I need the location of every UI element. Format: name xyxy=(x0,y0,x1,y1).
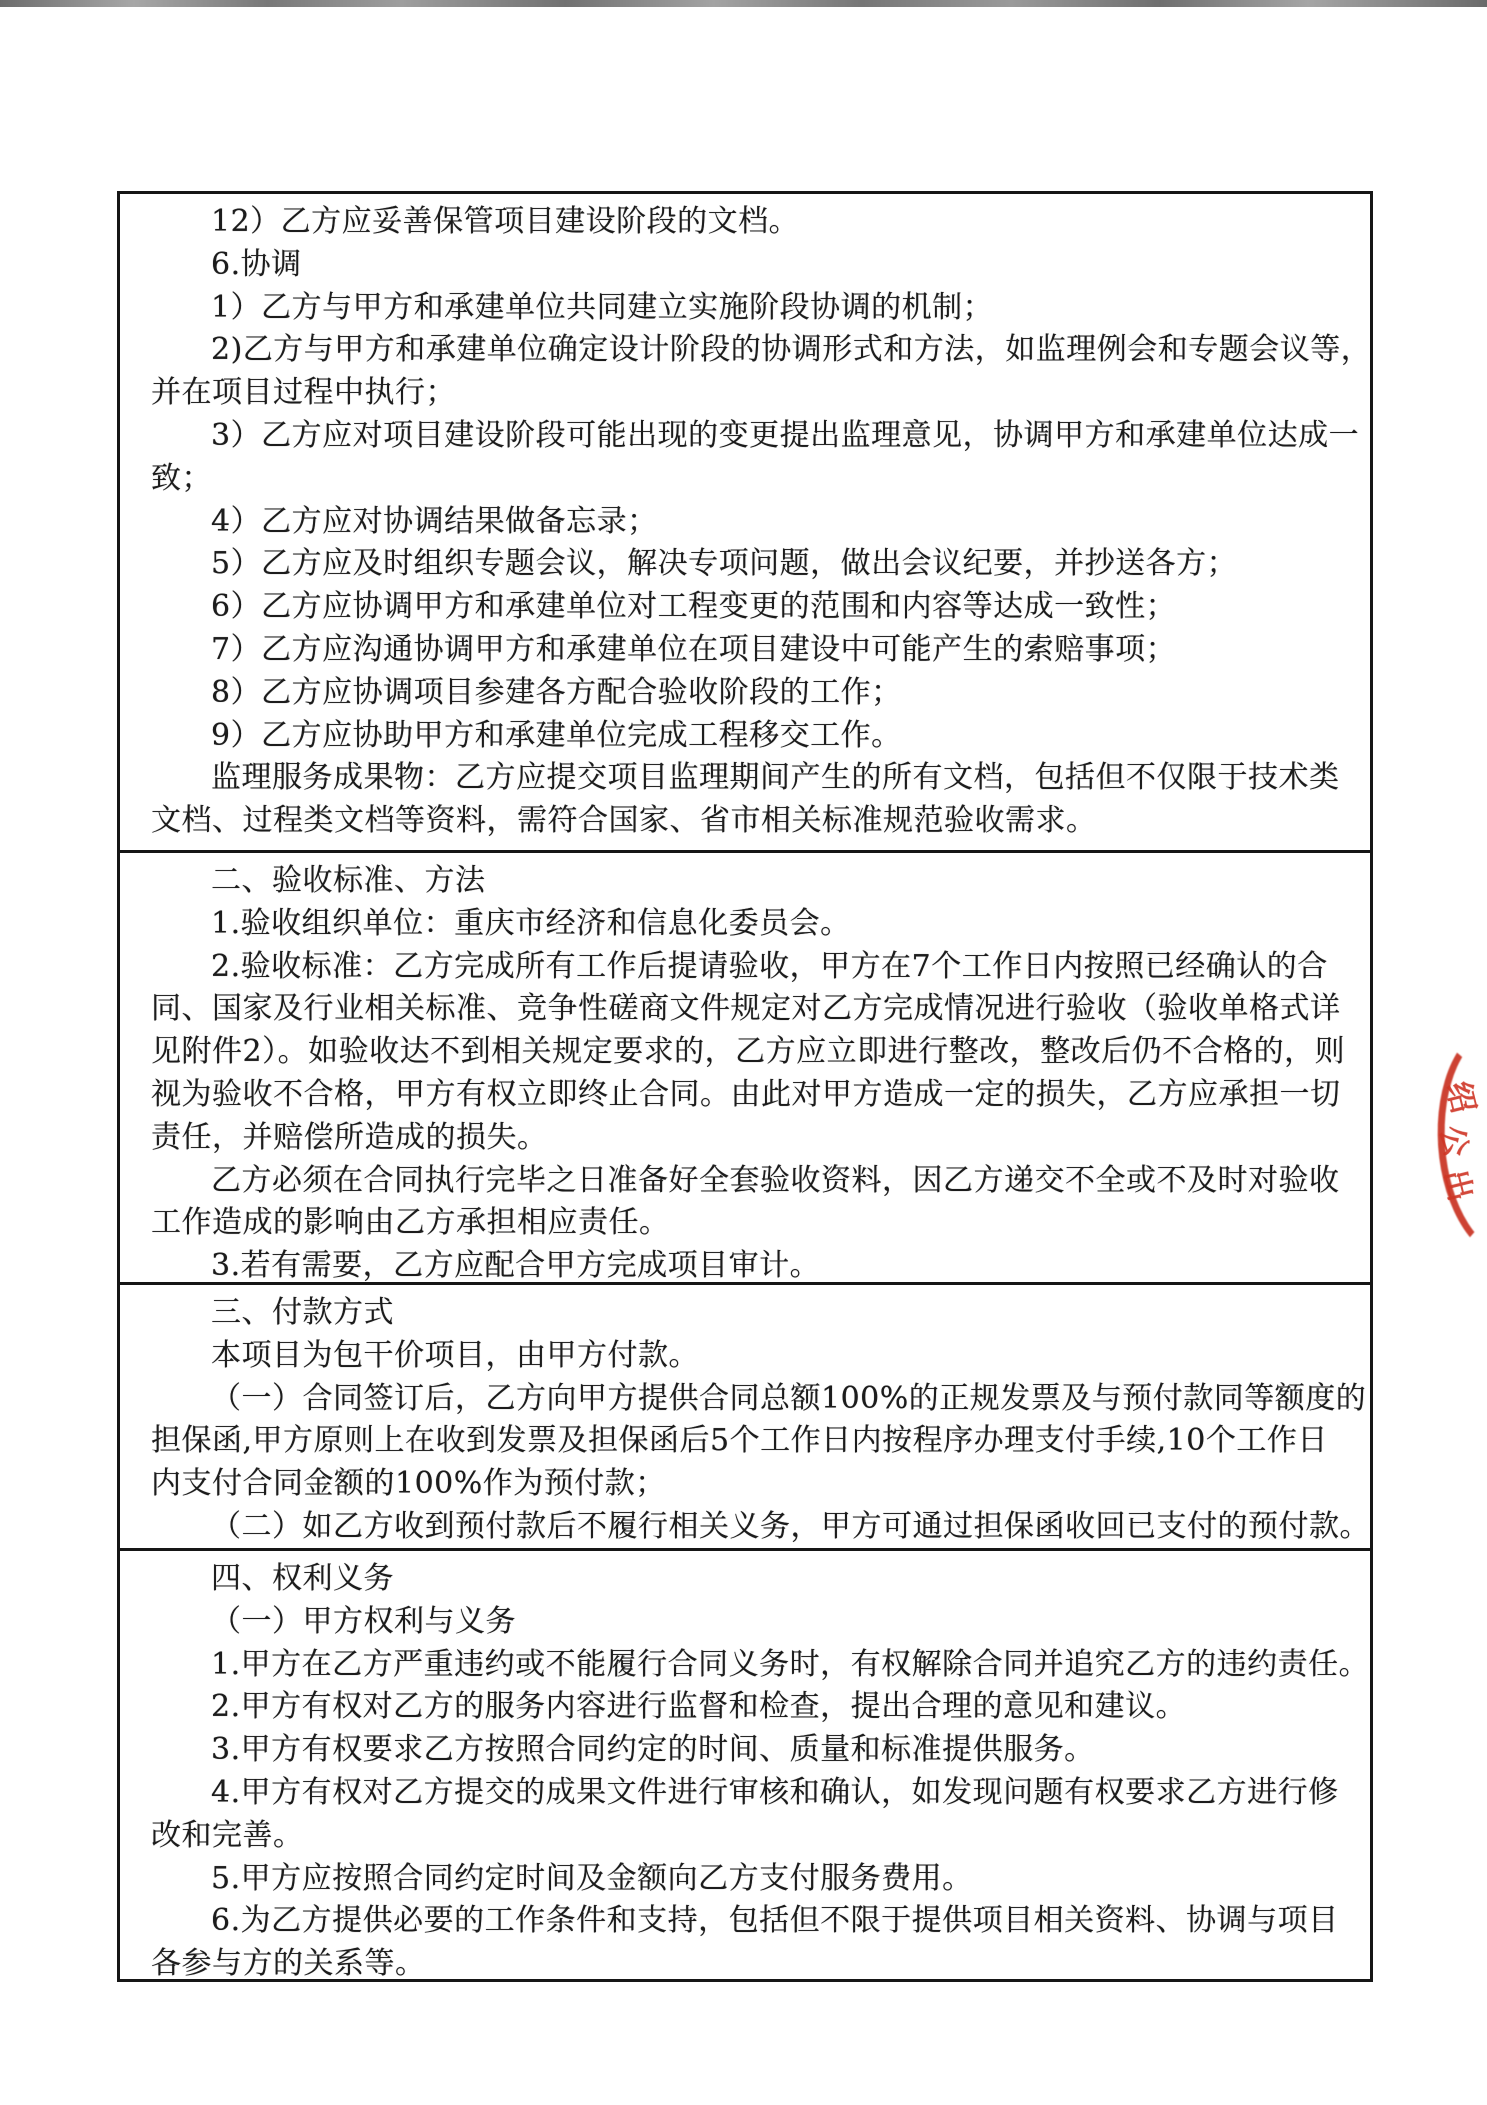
seal-character: 公 xyxy=(1431,1120,1482,1161)
paragraph-line: 三、付款方式 xyxy=(151,1292,1339,1335)
paragraph-line: 9）乙方应协助甲方和承建单位完成工程移交工作。 xyxy=(151,715,1339,758)
paragraph-line: 1.验收组织单位：重庆市经济和信息化委员会。 xyxy=(151,903,1339,946)
paragraph-line: 2)乙方与甲方和承建单位确定设计阶段的协调形式和方法，如监理例会和专题会议等， xyxy=(151,329,1339,372)
scan-artifact-bar xyxy=(0,0,1487,7)
red-seal-fragment: 绍公出 xyxy=(1408,1018,1483,1253)
paragraph-line: 工作造成的影响由乙方承担相应责任。 xyxy=(151,1202,1339,1245)
paragraph-line: 2.甲方有权对乙方的服务内容进行监督和检查，提出合理的意见和建议。 xyxy=(151,1686,1339,1729)
paragraph-line: 3.甲方有权要求乙方按照合同约定的时间、质量和标准提供服务。 xyxy=(151,1729,1339,1772)
paragraph-line: 本项目为包干价项目，由甲方付款。 xyxy=(151,1335,1339,1378)
table-row-supervision-coordination: 12）乙方应妥善保管项目建设阶段的文档。6.协调1）乙方与甲方和承建单位共同建立… xyxy=(120,194,1370,850)
paragraph-line: 内支付合同金额的100%作为预付款； xyxy=(151,1463,1339,1506)
paragraph-line: （二）如乙方收到预付款后不履行相关义务，甲方可通过担保函收回已支付的预付款。 xyxy=(151,1506,1339,1548)
paragraph-line: 3）乙方应对项目建设阶段可能出现的变更提出监理意见，协调甲方和承建单位达成一 xyxy=(151,415,1339,458)
paragraph-line: 8）乙方应协调项目参建各方配合验收阶段的工作； xyxy=(151,672,1339,715)
scanned-contract-page: 12）乙方应妥善保管项目建设阶段的文档。6.协调1）乙方与甲方和承建单位共同建立… xyxy=(0,0,1487,2105)
paragraph-line: 1.甲方在乙方严重违约或不能履行合同义务时，有权解除合同并追究乙方的违约责任。 xyxy=(151,1644,1339,1687)
paragraph-line: （一）合同签订后，乙方向甲方提供合同总额100%的正规发票及与预付款同等额度的 xyxy=(151,1378,1339,1421)
paragraph-line: 并在项目过程中执行； xyxy=(151,372,1339,415)
table-row-payment-terms: 三、付款方式本项目为包干价项目，由甲方付款。（一）合同签订后，乙方向甲方提供合同… xyxy=(120,1282,1370,1548)
seal-character: 绍 xyxy=(1438,1076,1487,1117)
paragraph-line: 担保函,甲方原则上在收到发票及担保函后5个工作日内按程序办理支付手续,10个工作… xyxy=(151,1420,1339,1463)
table-row-rights-obligations: 四、权利义务（一）甲方权利与义务1.甲方在乙方严重违约或不能履行合同义务时，有权… xyxy=(120,1548,1370,1982)
paragraph-line: 文档、过程类文档等资料，需符合国家、省市相关标准规范验收需求。 xyxy=(151,800,1339,843)
paragraph-line: 责任，并赔偿所造成的损失。 xyxy=(151,1117,1339,1160)
paragraph-line: 1）乙方与甲方和承建单位共同建立实施阶段协调的机制； xyxy=(151,287,1339,330)
paragraph-line: 见附件2）。如验收达不到相关规定要求的，乙方应立即进行整改，整改后仍不合格的，则 xyxy=(151,1031,1339,1074)
paragraph-line: 4.甲方有权对乙方提交的成果文件进行审核和确认，如发现问题有权要求乙方进行修 xyxy=(151,1772,1339,1815)
seal-character: 出 xyxy=(1435,1164,1486,1205)
paragraph-line: 6.为乙方提供必要的工作条件和支持，包括但不限于提供项目相关资料、协调与项目 xyxy=(151,1900,1339,1943)
paragraph-line: 视为验收不合格，甲方有权立即终止合同。由此对甲方造成一定的损失，乙方应承担一切 xyxy=(151,1074,1339,1117)
paragraph-line: 同、国家及行业相关标准、竞争性磋商文件规定对乙方完成情况进行验收（验收单格式详 xyxy=(151,988,1339,1031)
paragraph-line: （一）甲方权利与义务 xyxy=(151,1601,1339,1644)
contract-table: 12）乙方应妥善保管项目建设阶段的文档。6.协调1）乙方与甲方和承建单位共同建立… xyxy=(117,191,1373,1982)
seal-arc-icon xyxy=(1430,1020,1487,1265)
paragraph-line: 监理服务成果物：乙方应提交项目监理期间产生的所有文档，包括但不仅限于技术类 xyxy=(151,757,1339,800)
paragraph-line: 5.甲方应按照合同约定时间及金额向乙方支付服务费用。 xyxy=(151,1858,1339,1901)
paragraph-line: 二、验收标准、方法 xyxy=(151,860,1339,903)
paragraph-line: 4）乙方应对协调结果做备忘录； xyxy=(151,501,1339,544)
paragraph-line: 12）乙方应妥善保管项目建设阶段的文档。 xyxy=(151,201,1339,244)
paragraph-line: 6）乙方应协调甲方和承建单位对工程变更的范围和内容等达成一致性； xyxy=(151,586,1339,629)
paragraph-line: 7）乙方应沟通协调甲方和承建单位在项目建设中可能产生的索赔事项； xyxy=(151,629,1339,672)
paragraph-line: 改和完善。 xyxy=(151,1815,1339,1858)
paragraph-line: 各参与方的关系等。 xyxy=(151,1943,1339,1982)
paragraph-line: 5）乙方应及时组织专题会议，解决专项问题，做出会议纪要，并抄送各方； xyxy=(151,543,1339,586)
paragraph-line: 6.协调 xyxy=(151,244,1339,287)
paragraph-line: 2.验收标准：乙方完成所有工作后提请验收，甲方在7个工作日内按照已经确认的合 xyxy=(151,946,1339,989)
paragraph-line: 乙方必须在合同执行完毕之日准备好全套验收资料，因乙方递交不全或不及时对验收 xyxy=(151,1160,1339,1203)
paragraph-line: 致； xyxy=(151,458,1339,501)
paragraph-line: 四、权利义务 xyxy=(151,1558,1339,1601)
table-row-acceptance-standards: 二、验收标准、方法1.验收组织单位：重庆市经济和信息化委员会。2.验收标准：乙方… xyxy=(120,850,1370,1282)
paragraph-line: 3.若有需要，乙方应配合甲方完成项目审计。 xyxy=(151,1245,1339,1282)
